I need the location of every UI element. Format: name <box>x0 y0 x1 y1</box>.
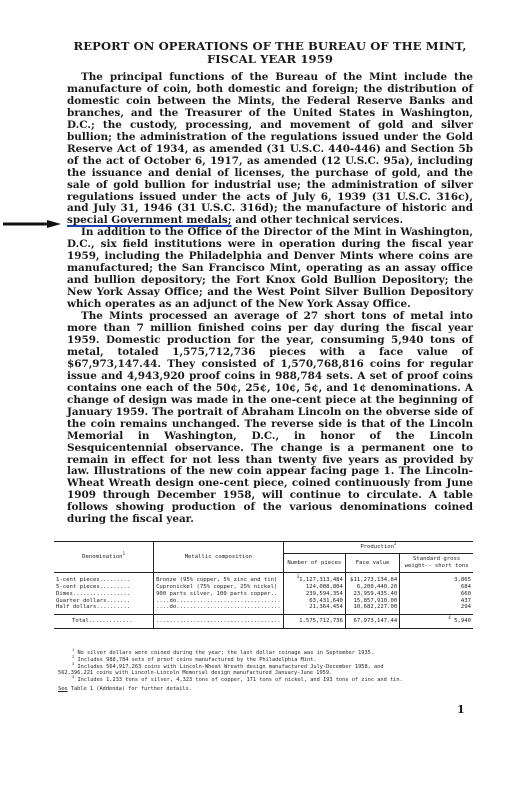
cell-face-value: 10,682,227.00 <box>345 604 399 614</box>
cell-total-label: Total............. <box>54 614 154 628</box>
table-row: Half dollars.......... ....do...........… <box>54 604 473 614</box>
cell-weight: 294 <box>400 604 473 614</box>
cell-pieces: 31,127,313,484 <box>283 573 345 584</box>
cell-composition: Bronze (95% copper, 5% zinc and tin) <box>154 573 284 584</box>
body-text: The principal functions of the Bureau of… <box>67 72 473 526</box>
page-number: 1 <box>457 703 465 716</box>
cell-composition: ....do............................... <box>154 604 284 614</box>
cell-denomination: 1-cent pieces......... <box>54 573 154 584</box>
cell-denomination: Dimes................. <box>54 591 154 598</box>
header-production: Production2 <box>283 542 473 554</box>
paragraph-institutions: In addition to the Office of the Directo… <box>67 227 473 311</box>
cell-denomination: Half dollars.......... <box>54 604 154 614</box>
cell-total-pieces: 1,575,712,736 <box>283 614 345 628</box>
header-face-value: Face value <box>345 553 399 573</box>
paragraph-text: and other technical services. <box>232 214 404 226</box>
highlighted-text: special Government medals; <box>67 214 232 226</box>
see-note: See Table 1 (Addenda) for further detail… <box>58 686 478 693</box>
footnote-4: 4 Includes 1,233 tons of silver, 4,323 t… <box>58 677 478 684</box>
cell-face-value: 6,200,440.20 <box>345 584 399 591</box>
footnotes: 1 No silver dollars were coined during t… <box>58 650 478 693</box>
production-table-wrapper: Denomination1 Metallic composition Produ… <box>54 541 473 629</box>
paragraph-functions: The principal functions of the Bureau of… <box>67 72 473 227</box>
right-arrow-icon <box>3 220 61 228</box>
title-line-2: FISCAL YEAR 1959 <box>60 53 480 66</box>
cell-total-composition: ..................................... <box>154 614 284 628</box>
table-row: 5-cent pieces......... Cupronickel (75% … <box>54 584 473 591</box>
paragraph-text: The principal functions of the Bureau of… <box>67 71 473 214</box>
header-composition: Metallic composition <box>154 542 284 573</box>
cell-total-weight: 4 5,940 <box>400 614 473 628</box>
cell-denomination: Quarter dollars....... <box>54 598 154 605</box>
cell-denomination: 5-cent pieces......... <box>54 584 154 591</box>
header-weight: Standard gross weight-- short tons <box>400 553 473 573</box>
table-row: Quarter dollars....... ....do...........… <box>54 598 473 605</box>
production-table: Denomination1 Metallic composition Produ… <box>54 541 473 629</box>
cell-face-value: 23,959,435.40 <box>345 591 399 598</box>
cell-weight: 3,865 <box>400 573 473 584</box>
cell-composition: Cupronickel (75% copper, 25% nickel) <box>154 584 284 591</box>
page-title: REPORT ON OPERATIONS OF THE BUREAU OF TH… <box>60 40 480 66</box>
table-row: Dimes................. 900 parts silver,… <box>54 591 473 598</box>
document-page: REPORT ON OPERATIONS OF THE BUREAU OF TH… <box>0 0 528 800</box>
table-total-row: Total............. .....................… <box>54 614 473 628</box>
cell-pieces: 21,364,454 <box>283 604 345 614</box>
cell-pieces: 63,431,640 <box>283 598 345 605</box>
cell-composition: ....do............................... <box>154 598 284 605</box>
cell-face-value: $11,273,134.84 <box>345 573 399 584</box>
cell-weight: 660 <box>400 591 473 598</box>
cell-total-face-value: 67,973,147.44 <box>345 614 399 628</box>
cell-composition: 900 parts silver, 100 parts copper.. <box>154 591 284 598</box>
footnote-3: 3 Includes 564,917,263 coins with Lincol… <box>58 664 478 671</box>
cell-pieces: 124,008,804 <box>283 584 345 591</box>
cell-weight: 684 <box>400 584 473 591</box>
footnote-2: 2 Includes 988,784 sets of proof coins m… <box>58 657 478 664</box>
cell-face-value: 15,857,910.00 <box>345 598 399 605</box>
header-pieces: Number of pieces <box>283 553 345 573</box>
header-denomination: Denomination1 <box>54 542 154 573</box>
paragraph-production: The Mints processed an average of 27 sho… <box>67 311 473 526</box>
cell-weight: 437 <box>400 598 473 605</box>
footnote-1: 1 No silver dollars were coined during t… <box>58 650 478 657</box>
table-row: 1-cent pieces......... Bronze (95% coppe… <box>54 573 473 584</box>
cell-pieces: 239,594,354 <box>283 591 345 598</box>
